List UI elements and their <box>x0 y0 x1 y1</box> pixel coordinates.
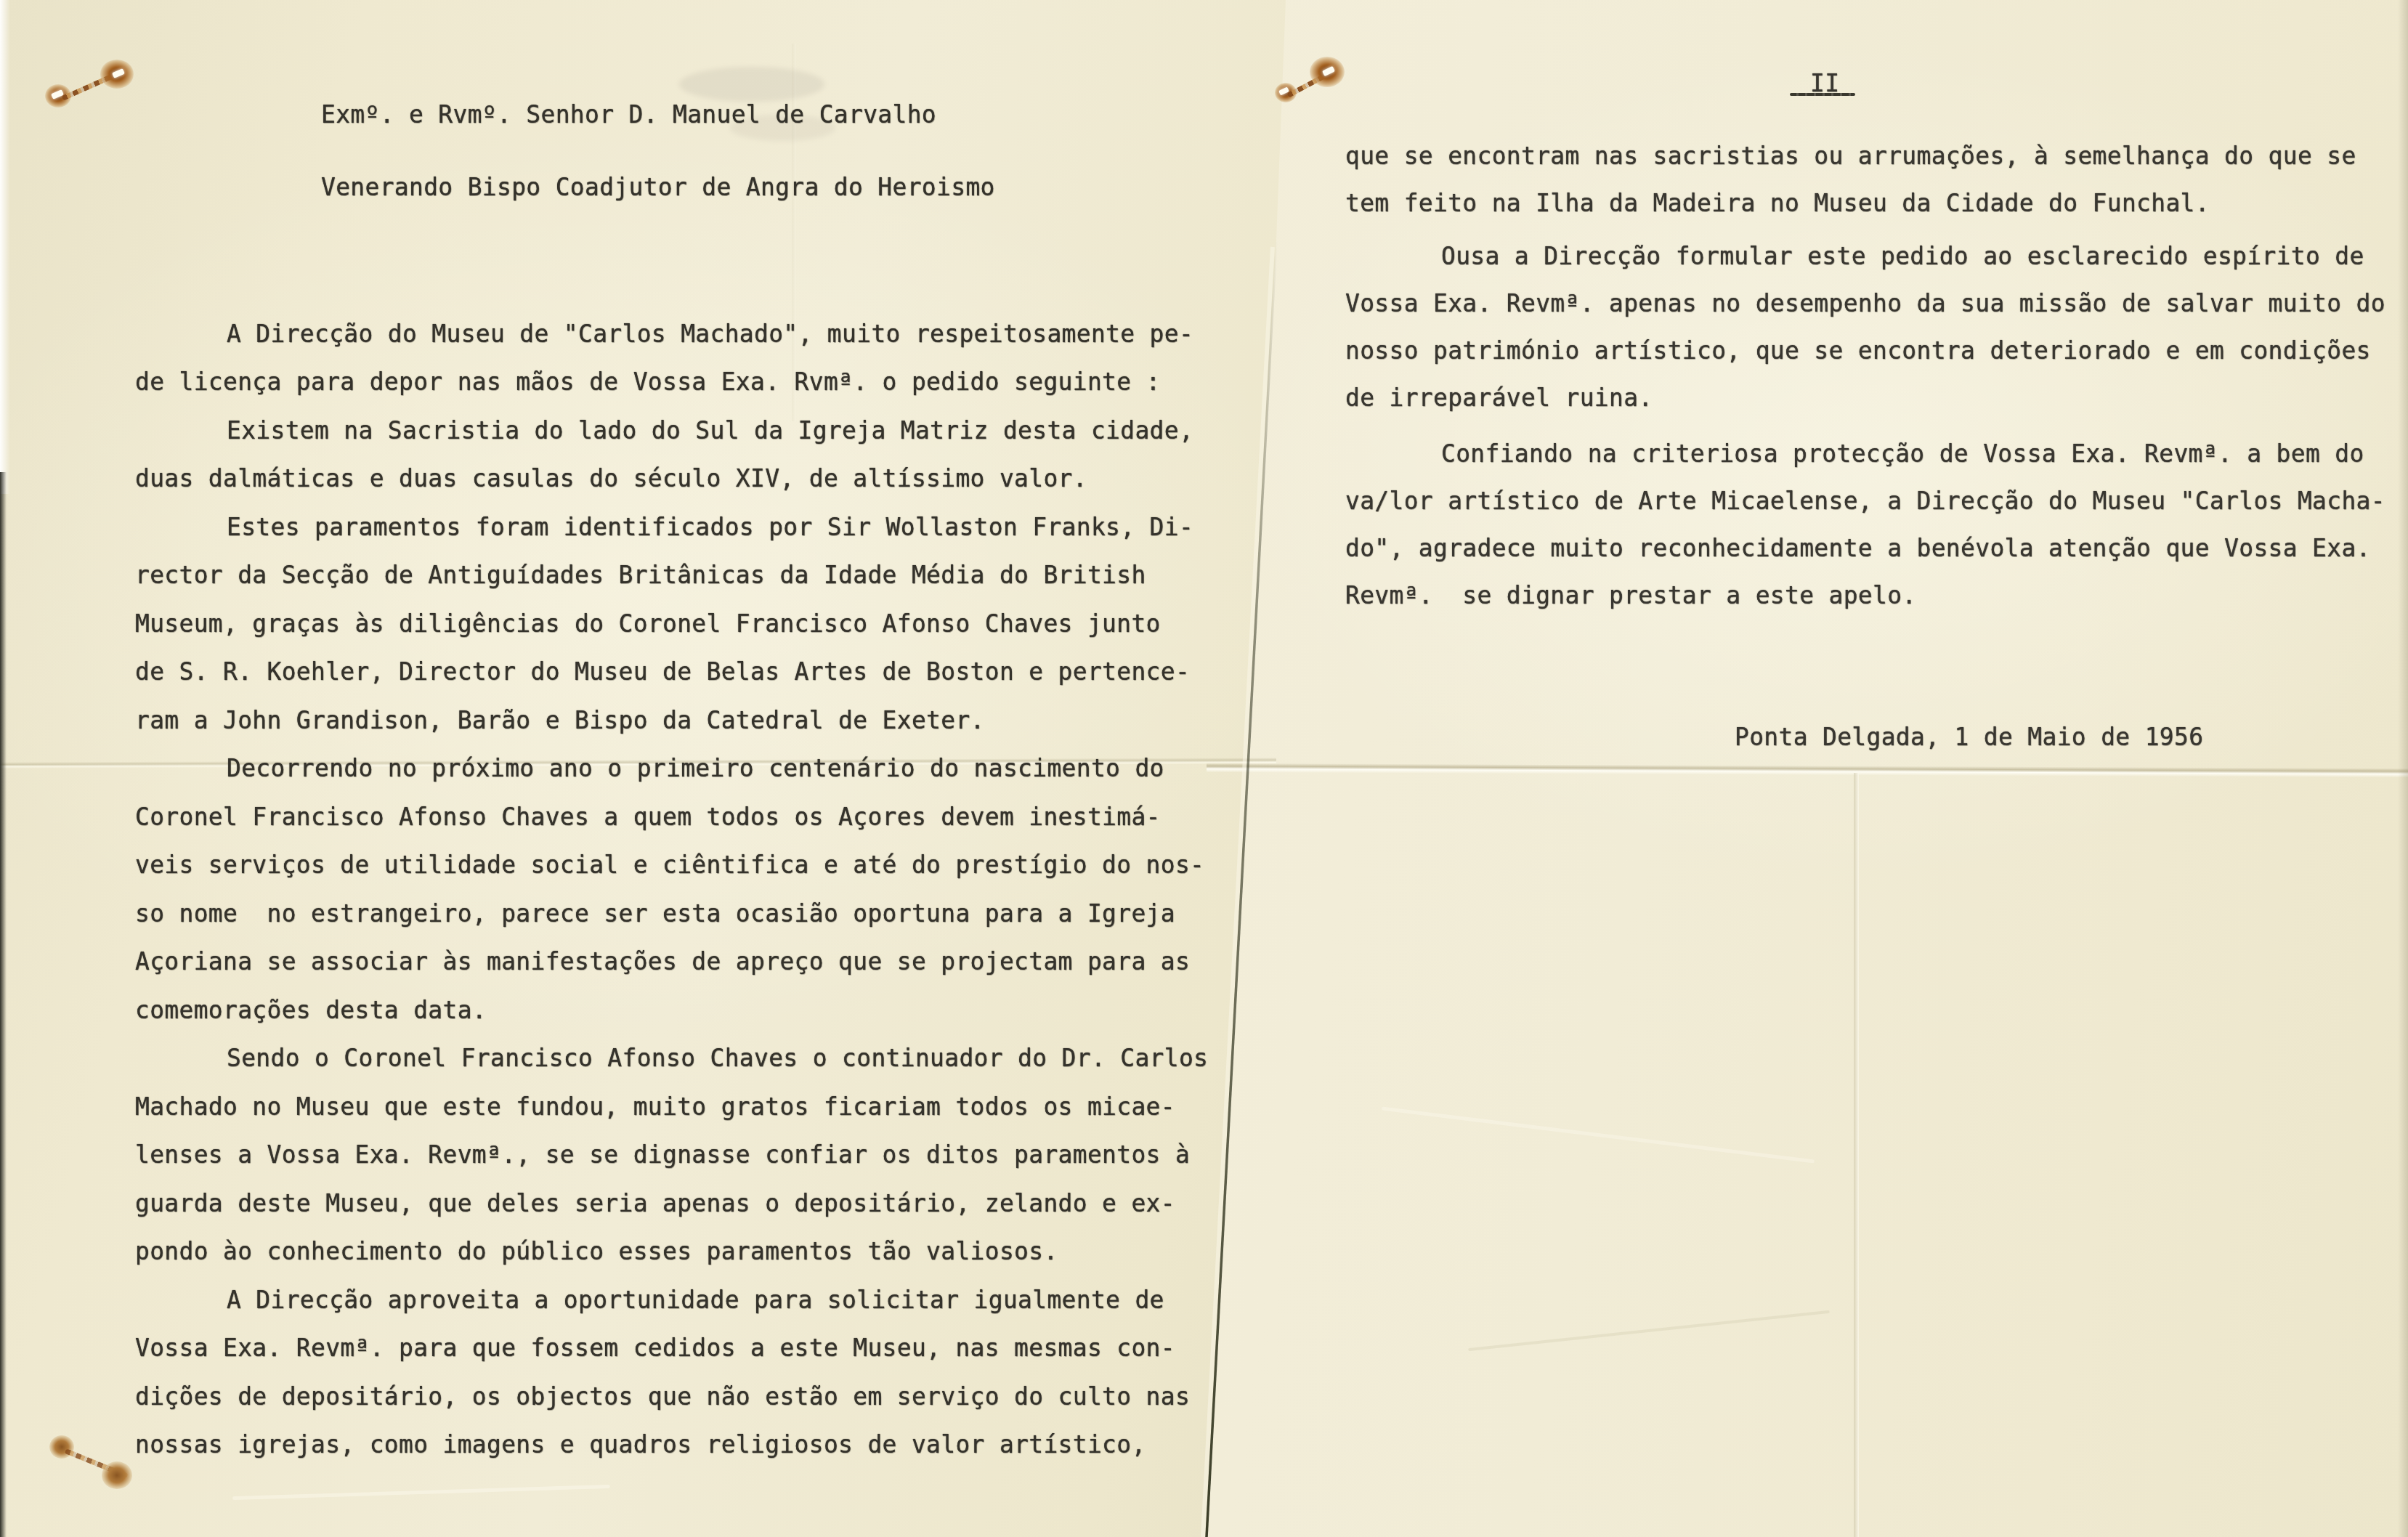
typed-line: Vossa Exa. Revmª. apenas no desempenho d… <box>1345 289 2385 318</box>
typed-line: que se encontram nas sacristias ou arrum… <box>1345 142 2356 171</box>
typed-line: A Direcção do Museu de "Carlos Machado",… <box>227 320 1193 349</box>
typed-line: so nome no estrangeiro, parece ser esta … <box>135 899 1175 928</box>
typed-line: va/lor artístico de Arte Micaelense, a D… <box>1345 487 2385 516</box>
dateline: Ponta Delgada, 1 de Maio de 1956 <box>1735 723 2203 752</box>
typed-line: Machado no Museu que este fundou, muito … <box>135 1092 1175 1122</box>
typed-line: Confiando na criteriosa protecção de Vos… <box>1441 439 2364 469</box>
scan-edge-shadow-left <box>0 472 7 1537</box>
typed-line: nosso património artístico, que se encon… <box>1345 336 2371 365</box>
scan-edge-highlight <box>0 0 10 494</box>
typed-line: rector da Secção de Antiguídades Britâni… <box>135 561 1146 590</box>
typed-line: do", agradece muito reconhecidamente a b… <box>1345 534 2371 563</box>
rust-staple-stain-page2-top <box>1275 55 1346 108</box>
typed-line: duas dalmáticas e duas casulas do século… <box>135 464 1087 493</box>
typed-line: dições de depositário, os objectos que n… <box>135 1382 1190 1411</box>
rust-stain-page1-bottom <box>49 1432 133 1491</box>
typed-line: Coronel Francisco Afonso Chaves a quem t… <box>135 803 1161 832</box>
typed-line: de irreparável ruina. <box>1345 384 1653 413</box>
typed-line: Ousa a Direcção formular este pedido ao … <box>1441 242 2364 271</box>
rust-staple-stain-page1-top <box>45 58 134 110</box>
typed-line: guarda deste Museu, que deles seria apen… <box>135 1189 1175 1218</box>
typed-line: ram a John Grandison, Barão e Bispo da C… <box>135 706 985 735</box>
typed-line: pondo ào conhecimento do público esses p… <box>135 1237 1058 1266</box>
typed-line: de licença para depor nas mãos de Vossa … <box>135 368 1161 397</box>
typed-line: lenses a Vossa Exa. Revmª., se se dignas… <box>135 1140 1190 1169</box>
page-number-underline <box>1790 93 1855 96</box>
typed-line: Vossa Exa. Revmª. para que fossem cedido… <box>135 1334 1175 1363</box>
typed-line: nossas igrejas, como imagens e quadros r… <box>135 1430 1146 1459</box>
typed-line: Museum, graças às diligências do Coronel… <box>135 609 1161 638</box>
typed-line: A Direcção aproveita a oportunidade para… <box>227 1286 1164 1315</box>
typed-line: Sendo o Coronel Francisco Afonso Chaves … <box>227 1044 1208 1073</box>
typed-line: Decorrendo no próximo ano o primeiro cen… <box>227 754 1164 783</box>
salutation-line-2: Venerando Bispo Coadjutor de Angra do He… <box>321 173 995 202</box>
scanned-letter-canvas: Exmº. e Rvmº. Senhor D. Manuel de Carval… <box>0 0 2408 1537</box>
typed-line: Existem na Sacristia do lado do Sul da I… <box>227 416 1193 445</box>
typed-line: Estes paramentos foram identificados por… <box>227 513 1193 542</box>
typed-line: veis serviços de utilidade social e ciên… <box>135 851 1204 880</box>
salutation-line-1: Exmº. e Rvmº. Senhor D. Manuel de Carval… <box>321 100 936 129</box>
typed-line: Revmª. se dignar prestar a este apelo. <box>1345 581 1917 610</box>
typed-line: tem feito na Ilha da Madeira no Museu da… <box>1345 189 2210 218</box>
typed-line: Açoriana se associar às manifestações de… <box>135 947 1190 976</box>
typed-line: de S. R. Koehler, Director do Museu de B… <box>135 657 1190 686</box>
scan-edge-shadow-right <box>2398 0 2408 1537</box>
typed-line: comemorações desta data. <box>135 996 487 1025</box>
letter-page-2 <box>1195 0 2408 1537</box>
